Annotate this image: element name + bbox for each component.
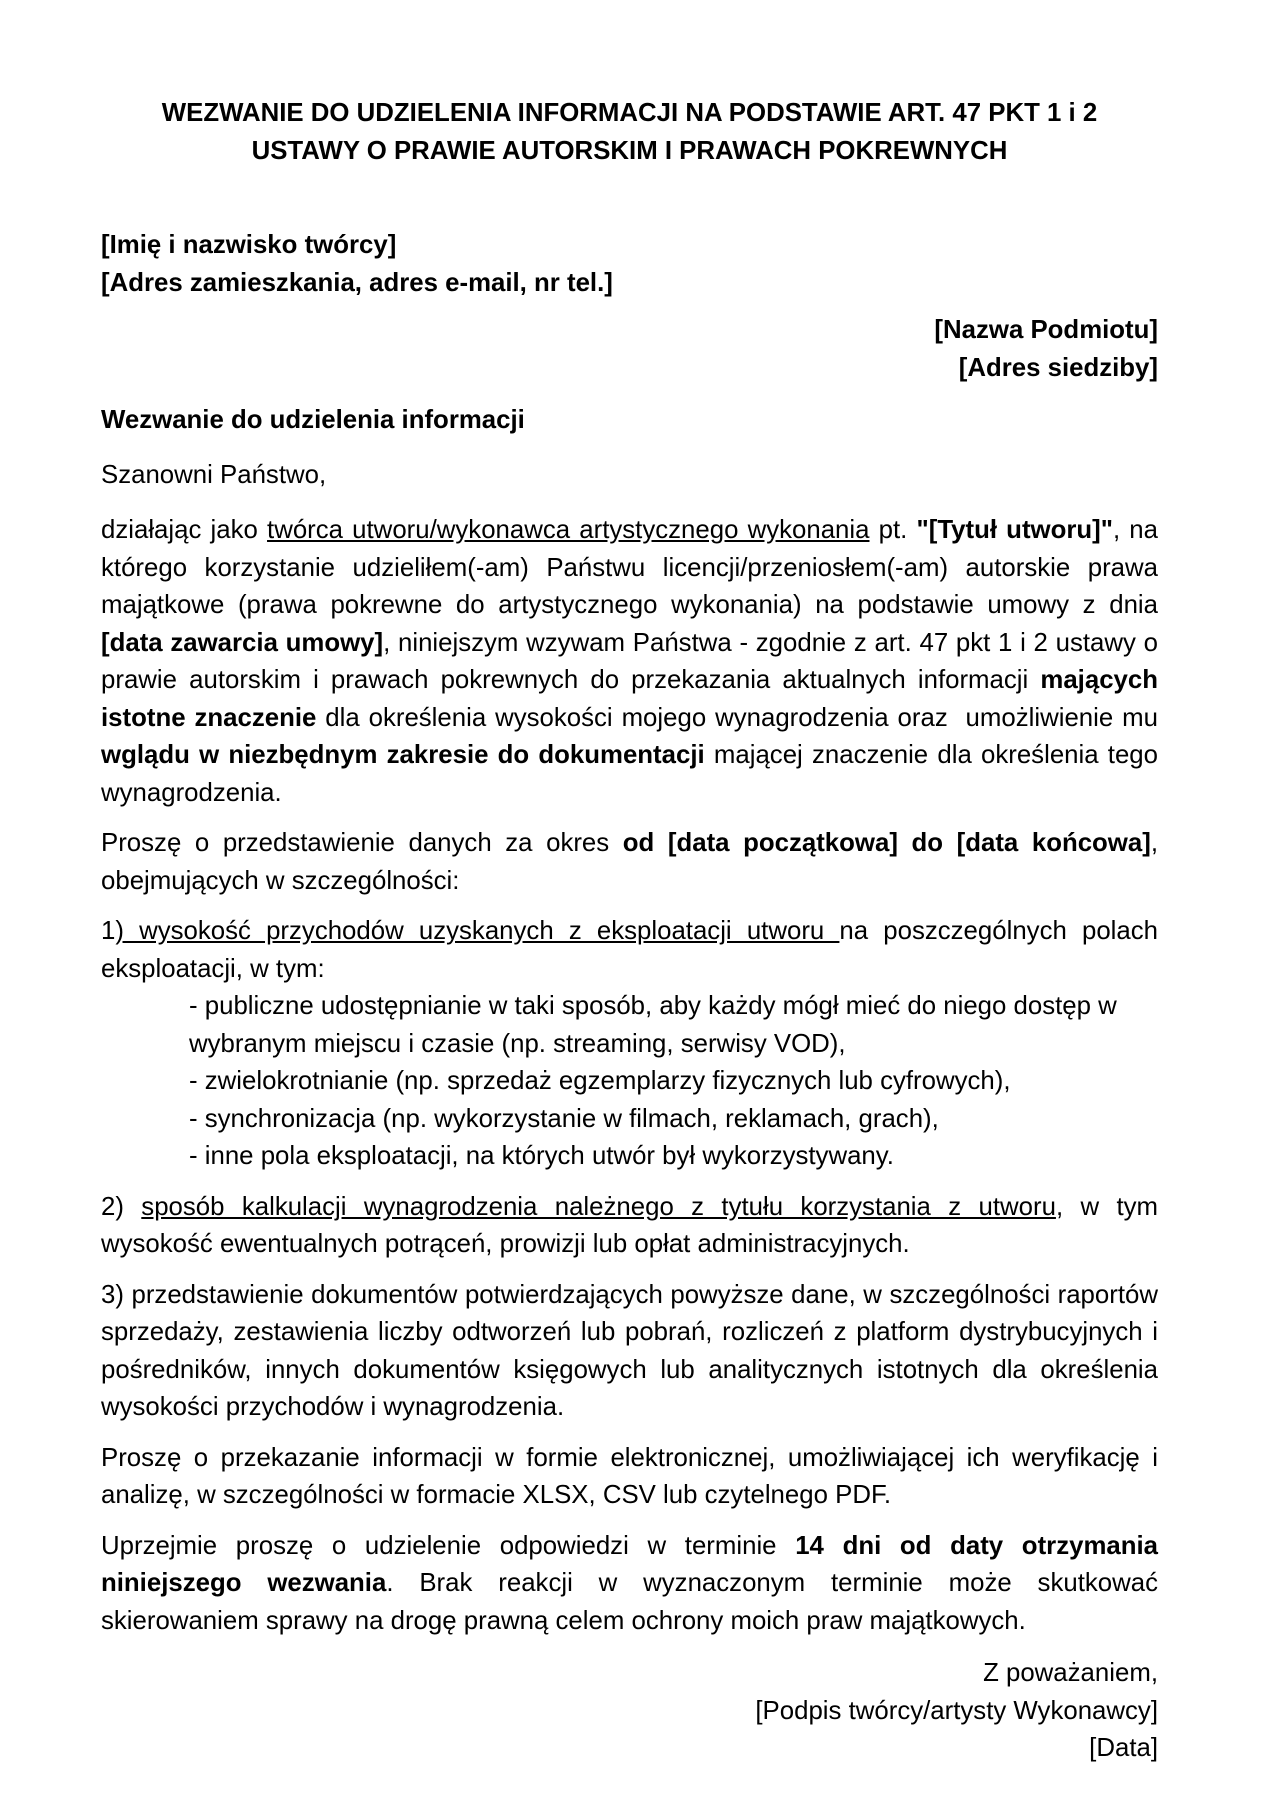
list-item: - inne pola eksploatacji, na których utw… [101,1138,1158,1176]
body-paragraph: Proszę o przekazanie informacji w formie… [101,1440,1158,1515]
sender-address: [Adres zamieszkania, adres e-mail, nr te… [101,265,1158,303]
body-paragraph: działając jako twórca utworu/wykonawca a… [101,512,1158,812]
body-paragraph: 1) wysokość przychodów uzyskanych z eksp… [101,913,1158,1176]
closing-date: [Data] [101,1730,1158,1768]
letter-title-line2: USTAWY O PRAWIE AUTORSKIM I PRAWACH POKR… [101,133,1158,171]
salutation: Szanowni Państwo, [101,457,1158,495]
paragraph-text: 2) sposób kalkulacji wynagrodzenia należ… [101,1189,1158,1264]
paragraph-text: działając jako twórca utworu/wykonawca a… [101,512,1158,812]
document-page: WEZWANIE DO UDZIELENIA INFORMACJI NA POD… [0,0,1279,1813]
sender-name: [Imię i nazwisko twórcy] [101,227,1158,265]
letter-body: działając jako twórca utworu/wykonawca a… [101,512,1158,1640]
body-paragraph: Uprzejmie proszę o udzielenie odpowiedzi… [101,1528,1158,1641]
letter-title: WEZWANIE DO UDZIELENIA INFORMACJI NA POD… [101,95,1158,170]
paragraph-text: 3) przedstawienie dokumentów potwierdzaj… [101,1277,1158,1427]
closing-signature: [Podpis twórcy/artysty Wykonawcy] [101,1693,1158,1731]
paragraph-text: Proszę o przekazanie informacji w formie… [101,1440,1158,1515]
paragraph-text: 1) wysokość przychodów uzyskanych z eksp… [101,913,1158,988]
letter-subject: Wezwanie do udzielenia informacji [101,402,1158,440]
recipient-name: [Nazwa Podmiotu] [101,312,1158,350]
list-item: - zwielokrotnianie (np. sprzedaż egzempl… [101,1063,1158,1101]
closing-phrase: Z poważaniem, [101,1655,1158,1693]
paragraph-text: Uprzejmie proszę o udzielenie odpowiedzi… [101,1528,1158,1641]
body-paragraph: 2) sposób kalkulacji wynagrodzenia należ… [101,1189,1158,1264]
closing-block: Z poważaniem, [Podpis twórcy/artysty Wyk… [101,1655,1158,1768]
body-paragraph: 3) przedstawienie dokumentów potwierdzaj… [101,1277,1158,1427]
letter-title-line1: WEZWANIE DO UDZIELENIA INFORMACJI NA POD… [101,95,1158,133]
sender-block: [Imię i nazwisko twórcy] [Adres zamieszk… [101,227,1158,302]
recipient-address: [Adres siedziby] [101,350,1158,388]
list-item: - synchronizacja (np. wykorzystanie w fi… [101,1101,1158,1139]
letter-content: WEZWANIE DO UDZIELENIA INFORMACJI NA POD… [0,0,1279,1768]
body-paragraph: Proszę o przedstawienie danych za okres … [101,825,1158,900]
recipient-block: [Nazwa Podmiotu] [Adres siedziby] [101,312,1158,387]
list-item: - publiczne udostępnianie w taki sposób,… [101,988,1158,1063]
paragraph-text: Proszę o przedstawienie danych za okres … [101,825,1158,900]
